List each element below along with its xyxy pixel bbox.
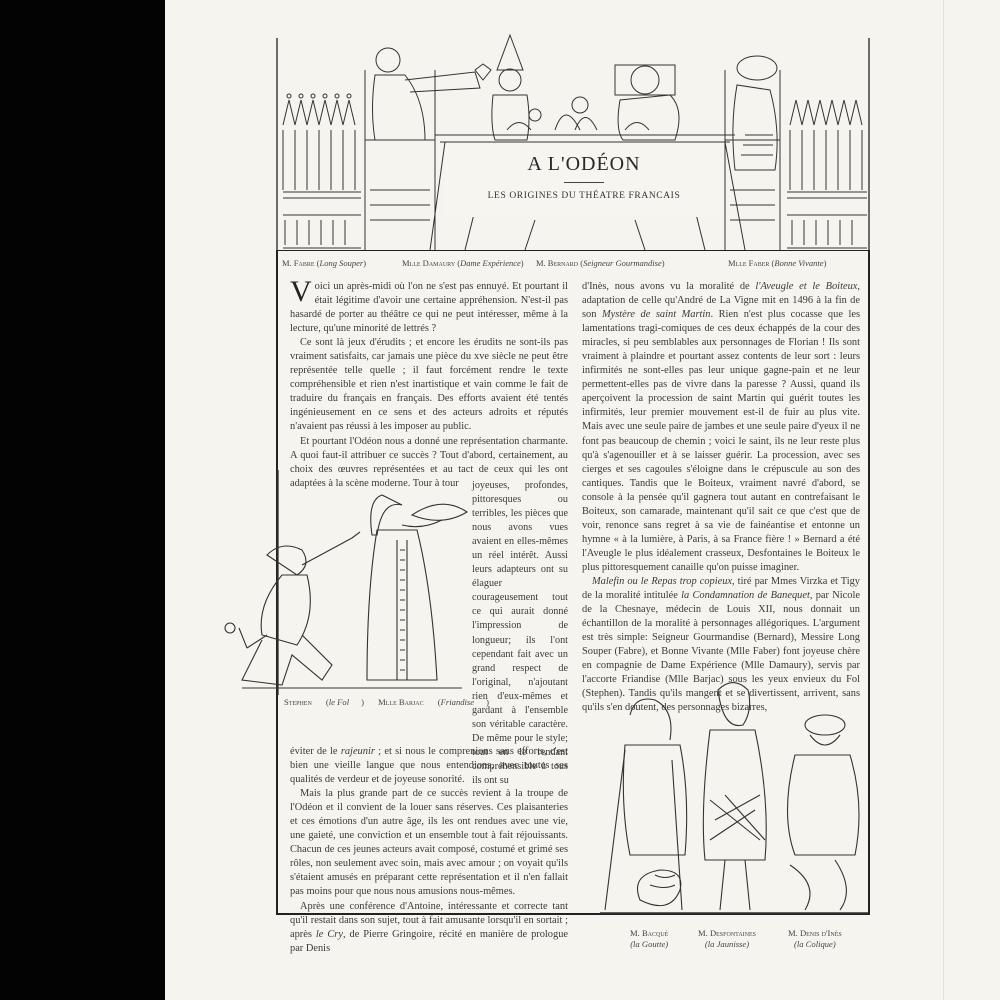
- paragraph: éviter de le rajeunir ; et si nous le co…: [290, 745, 568, 787]
- drop-cap: V: [290, 280, 312, 304]
- three-beggars-illustration-icon: [600, 670, 868, 914]
- figure-faber: [733, 56, 777, 170]
- banquet-scene-illustration-icon: [275, 30, 871, 252]
- cast-caption: Stephen (le Fol): [284, 697, 364, 707]
- cast-caption: Mlle Barjac (Friandise): [378, 697, 489, 707]
- paragraph: d'Inès, nous avons vu la moralité de l'A…: [582, 280, 860, 575]
- left-column-narrow: joyeuses, profondes, pittoresques ou ter…: [472, 479, 568, 788]
- cast-caption: M. Bacqué (la Goutte): [630, 928, 668, 950]
- figure-bernard: [615, 65, 679, 140]
- title-card: A L'ODÉON LES ORIGINES DU THÉATRE FRANCA…: [445, 145, 723, 217]
- page-title: A L'ODÉON: [445, 153, 723, 176]
- paragraph: joyeuses, profondes, pittoresques ou ter…: [472, 479, 568, 788]
- left-column-bottom: éviter de le rajeunir ; et si nous le co…: [290, 745, 568, 956]
- page-subtitle: LES ORIGINES DU THÉATRE FRANCAIS: [445, 191, 723, 201]
- page-fold-line: [943, 0, 944, 1000]
- title-divider: [564, 182, 604, 183]
- cast-caption: M. Desfontaines (la Jaunisse): [698, 928, 756, 950]
- figure-left-caption: Stephen (le Fol) Mlle Barjac (Friandise): [284, 697, 501, 707]
- jester-and-servant-illustration-icon: [212, 470, 472, 695]
- figure-damaury: [492, 35, 529, 140]
- right-column: d'Inès, nous avons vu la moralité de l'A…: [582, 280, 860, 715]
- gothic-arcade-left: [277, 38, 361, 250]
- cast-caption: M. Fabre (Long Souper): [282, 258, 366, 268]
- paragraph: Mais la plus grande part de ce succès re…: [290, 787, 568, 899]
- cast-caption: M. Bernard (Seigneur Gourmandise): [536, 258, 665, 268]
- cast-caption: M. Denis d'Inès (la Colique): [788, 928, 842, 950]
- figure-fabre: [373, 48, 492, 140]
- scan-margin-black: [0, 0, 165, 1000]
- paragraph: Voici un après-midi où l'on ne s'est pas…: [290, 280, 568, 336]
- gothic-arcade-right: [787, 38, 869, 250]
- cast-caption: Mlle Damaury (Dame Expérience): [402, 258, 524, 268]
- paragraph: Ce sont là jeux d'érudits ; et encore le…: [290, 336, 568, 434]
- paragraph: Après une conférence d'Antoine, intéress…: [290, 900, 568, 956]
- cast-caption: Mlle Faber (Bonne Vivante): [728, 258, 826, 268]
- left-column-top: Voici un après-midi où l'on ne s'est pas…: [290, 280, 568, 491]
